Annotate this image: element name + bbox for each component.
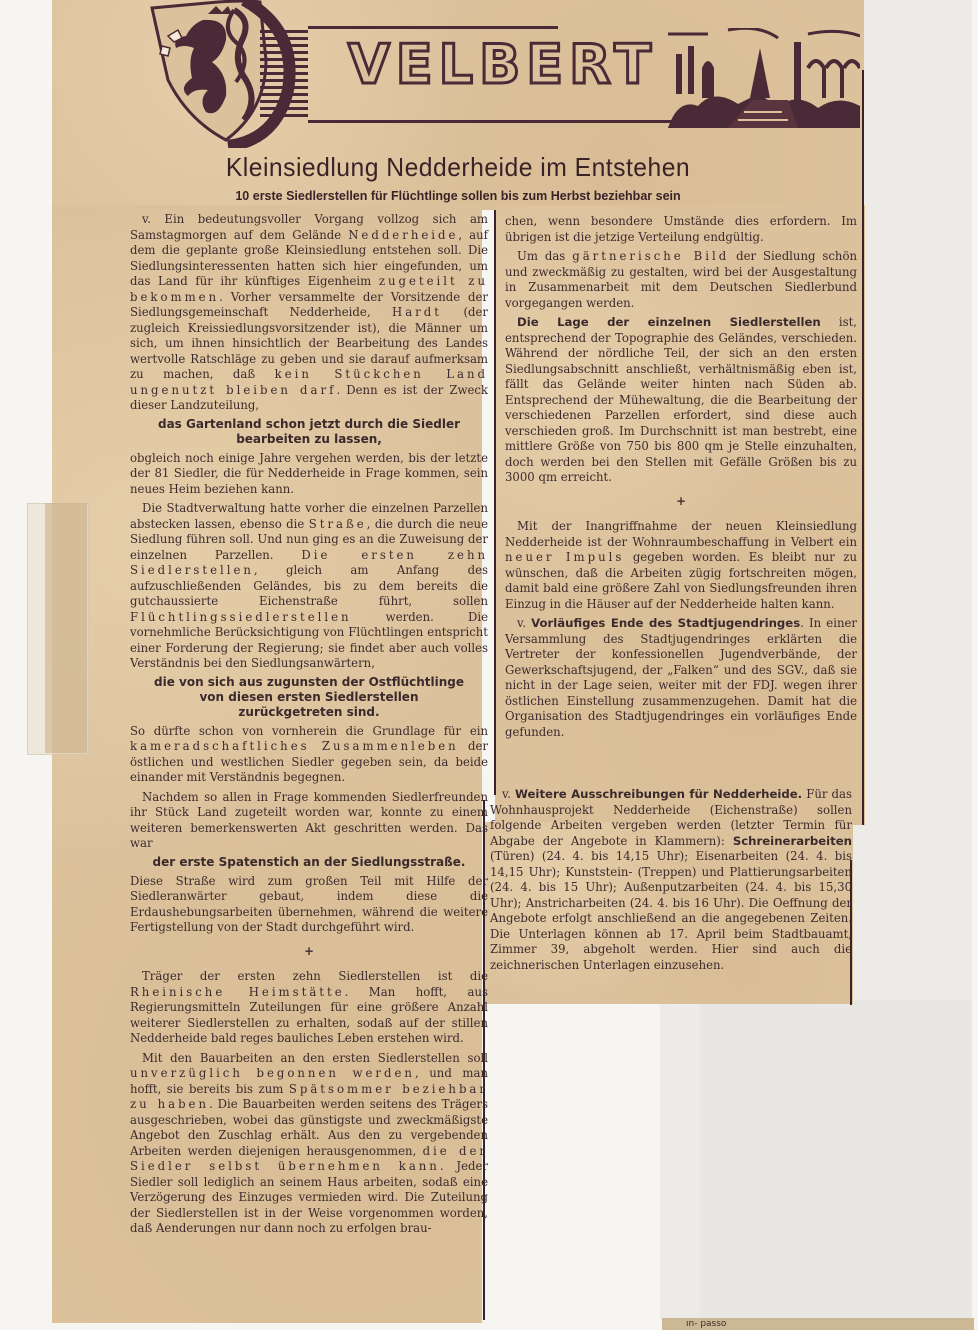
paragraph: Diese Straße wird zum großen Teil mit Hi… [130, 874, 488, 936]
article-right-column: chen, wenn besondere Umstände dies erfor… [505, 214, 857, 740]
masthead-speed-lines [260, 30, 308, 118]
bottom-strip-prefix: ın- [686, 1319, 697, 1329]
subheading: der erste Spatenstich an der Siedlungsst… [148, 855, 470, 870]
bottom-clipping-strip: ın- passo [662, 1318, 974, 1330]
paragraph: Um das gärtnerische Bild der Siedlung sc… [505, 249, 857, 311]
column-rule-middle [494, 210, 496, 795]
paragraph: Die Lage der einzelnen Siedlerstellen is… [505, 315, 857, 486]
background-faded-text-area [700, 1000, 972, 1320]
paragraph: obgleich noch einige Jahre vergehen werd… [130, 451, 488, 498]
adhesive-tape-stain [45, 503, 87, 753]
subheading: die von sich aus zugunsten der Ostflücht… [148, 675, 470, 720]
bottom-strip-text: passo [700, 1319, 726, 1329]
column-rule-right [862, 70, 864, 825]
subheading: das Gartenland schon jetzt durch die Sie… [148, 417, 470, 447]
paragraph: v. Weitere Ausschreibungen für Nedderhei… [490, 787, 852, 973]
city-skyline-icon [668, 28, 860, 128]
tender-notice: v. Weitere Ausschreibungen für Nedderhei… [490, 787, 852, 973]
paragraph: v. Vorläufiges Ende des Stadtjugendringe… [505, 616, 857, 740]
article-subheadline: 10 erste Siedlerstellen für Flüchtlinge … [52, 189, 864, 203]
masthead: VELBERT [148, 0, 860, 150]
masthead-rule-bottom [308, 120, 688, 123]
section-separator: + [505, 494, 857, 510]
paragraph: Träger der ersten zehn Siedlerstellen is… [130, 969, 488, 1047]
section-separator: + [130, 944, 488, 960]
paragraph: So dürfte schon von vornherein die Grund… [130, 724, 488, 786]
masthead-rule-top [308, 26, 558, 29]
paragraph: Mit den Bauarbeiten an den ersten Siedle… [130, 1051, 488, 1237]
paragraph: Nachdem so allen in Frage kommenden Sied… [130, 790, 488, 852]
article-headline: Kleinsiedlung Nedderheide im Entstehen [72, 152, 843, 183]
paragraph: v. Ein bedeutungsvoller Vorgang vollzog … [130, 212, 488, 414]
paragraph: Mit der Inangriffnahme der neuen Kleinsi… [505, 519, 857, 612]
paragraph: chen, wenn besondere Umstände dies erfor… [505, 214, 857, 245]
article-left-column: v. Ein bedeutungsvoller Vorgang vollzog … [130, 212, 488, 1237]
masthead-title: VELBERT [348, 38, 657, 92]
paragraph: Die Stadtverwaltung hatte vorher die ein… [130, 501, 488, 672]
